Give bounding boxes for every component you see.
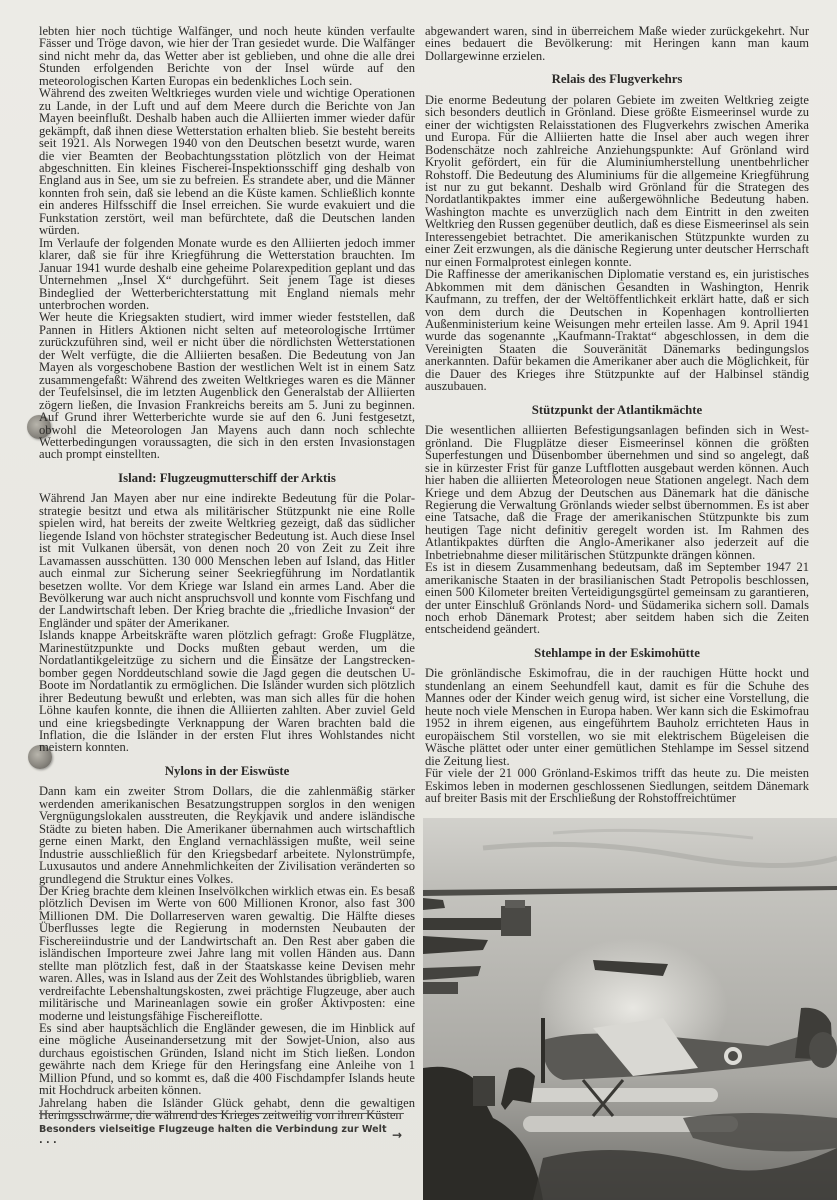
magazine-page: lebten hier noch tüchtige Walfänger, und… <box>0 0 837 1200</box>
section-heading-stuetzpunkt: Stützpunkt der Atlantikmächte <box>425 404 809 417</box>
paragraph: Dann kam ein zweiter Strom Dollars, die … <box>39 785 415 885</box>
paragraph: Der Krieg brachte dem kleinen Inselvölkc… <box>39 885 415 1022</box>
paragraph: Wer heute die Kriegsakten studiert, wird… <box>39 311 415 460</box>
section-heading-nylons: Nylons in der Eiswüste <box>39 765 415 778</box>
section-heading-relais: Relais des Flugverkehrs <box>425 73 809 86</box>
left-column: lebten hier noch tüchtige Walfänger, und… <box>39 25 415 1122</box>
paragraph: abgewandert waren, sind in überreichem M… <box>425 25 809 62</box>
paragraph: Während Jan Mayen aber nur eine indirekt… <box>39 492 415 629</box>
paragraph: Die enorme Bedeutung der polaren Gebiete… <box>425 94 809 268</box>
paragraph: Islands knappe Arbeitskräfte waren plötz… <box>39 629 415 754</box>
paragraph: Die Raffinesse der amerikanischen Diplom… <box>425 268 809 393</box>
arrow-right-icon: → <box>392 1128 402 1142</box>
caption-divider <box>39 1113 404 1114</box>
paragraph: Während des zweiten Weltkrieges wurden v… <box>39 87 415 236</box>
right-column: abgewandert waren, sind in überreichem M… <box>425 25 809 804</box>
paragraph: lebten hier noch tüchtige Walfänger, und… <box>39 25 415 87</box>
paragraph: Jahrelang haben die Isländer Glück gehab… <box>39 1097 415 1122</box>
caption-text: Besonders vielseitige Flugzeuge halten d… <box>39 1124 392 1146</box>
paragraph: Es ist in diesem Zusammenhang bedeutsam,… <box>425 561 809 636</box>
paragraph: Die grönländische Eskimofrau, die in der… <box>425 667 809 767</box>
seaplane-photo-illustration <box>423 818 837 1200</box>
seaplane-photo <box>423 818 837 1200</box>
paragraph: Es sind aber hauptsächlich die Engländer… <box>39 1022 415 1097</box>
paragraph: Im Verlaufe der folgenden Monate wurde e… <box>39 237 415 312</box>
paragraph: Die wesentlichen alliierten Befestigungs… <box>425 424 809 561</box>
section-heading-island: Island: Flugzeugmutterschiff der Arktis <box>39 472 415 485</box>
photo-caption: Besonders vielseitige Flugzeuge halten d… <box>39 1124 404 1146</box>
section-heading-stehlampe: Stehlampe in der Eskimohütte <box>425 647 809 660</box>
paragraph: Für viele der 21 000 Grönland-Eskimos tr… <box>425 767 809 804</box>
